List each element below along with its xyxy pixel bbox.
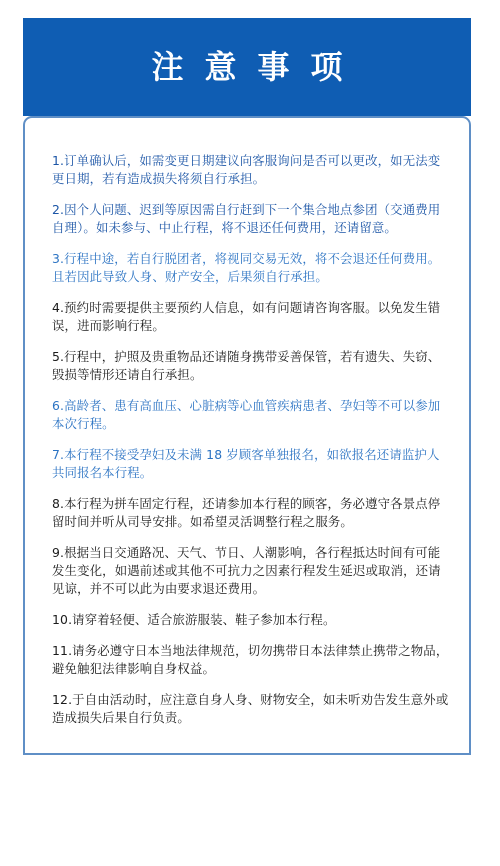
note-item-12: 12.于自由活动时，应注意自身人身、财物安全，如未听劝告发生意外或造成损失后果自…: [52, 691, 452, 727]
note-item-1: 1.订单确认后，如需变更日期建议向客服询问是否可以更改，如无法变更日期，若有造成…: [52, 152, 452, 188]
note-item-4: 4.预约时需要提供主要预约人信息，如有问题请咨询客服。以免发生错误，进而影响行程…: [52, 299, 452, 335]
note-item-5: 5.行程中，护照及贵重物品还请随身携带妥善保管，若有遗失、失窃、毁损等情形还请自…: [52, 348, 452, 384]
note-item-2: 2.因个人问题、迟到等原因需自行赶到下一个集合地点参团（交通费用自理）。如未参与…: [52, 201, 452, 237]
note-item-11: 11.请务必遵守日本当地法律规范，切勿携带日本法律禁止携带之物品，避免触犯法律影…: [52, 642, 452, 678]
note-item-9: 9.根据当日交通路况、天气、节日、人潮影响，各行程抵达时间有可能发生变化，如遇前…: [52, 544, 452, 599]
note-item-10: 10.请穿着轻便、适合旅游服装、鞋子参加本行程。: [52, 611, 452, 629]
header-banner: 注意事项: [23, 18, 471, 116]
note-item-3: 3.行程中途，若自行脱团者，将视同交易无效，将不会退还任何费用。且若因此导致人身…: [52, 250, 452, 286]
note-item-7: 7.本行程不接受孕妇及未满 18 岁顾客单独报名，如欲报名还请监护人共同报名本行…: [52, 446, 452, 482]
notes-box: 1.订单确认后，如需变更日期建议向客服询问是否可以更改，如无法变更日期，若有造成…: [23, 116, 471, 755]
note-item-6: 6.高龄者、患有高血压、心脏病等心血管疾病患者、孕妇等不可以参加本次行程。: [52, 397, 452, 433]
notes-list: 1.订单确认后，如需变更日期建议向客服询问是否可以更改，如无法变更日期，若有造成…: [52, 152, 452, 740]
note-item-8: 8.本行程为拼车固定行程，还请参加本行程的顾客，务必遵守各景点停留时间并听从司导…: [52, 495, 452, 531]
page-title: 注意事项: [130, 42, 363, 88]
